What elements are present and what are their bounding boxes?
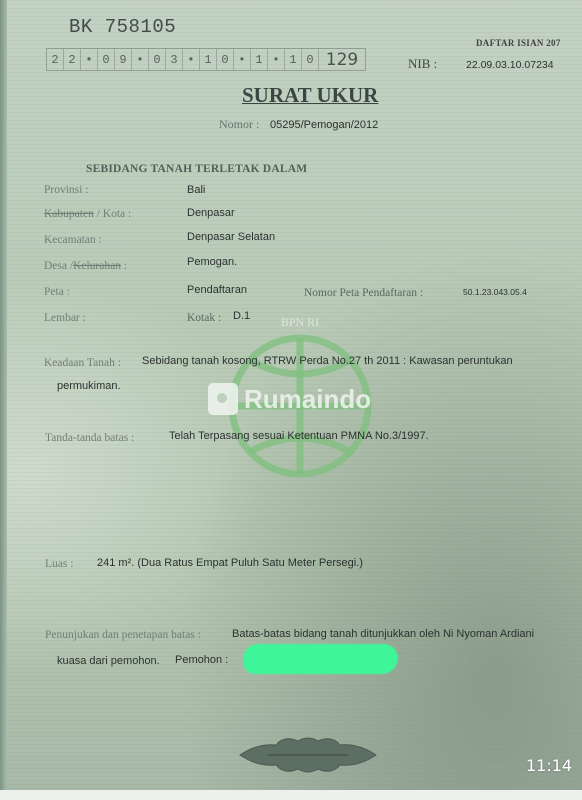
kota-value: Denpasar (187, 207, 235, 219)
id-box: • (132, 49, 149, 70)
status-bar-time: 11:14 (526, 756, 572, 775)
desa-colon: : (121, 260, 127, 272)
id-box: 2 (64, 49, 81, 70)
paper-edge (0, 0, 7, 790)
nomor-peta-label: Nomor Peta Pendaftaran : (304, 287, 423, 299)
luas-label: Luas : (45, 558, 73, 570)
penunjukan-label: Penunjukan dan penetapan batas : (45, 629, 201, 641)
nib-label: NIB : (408, 56, 437, 72)
nomor-label: Nomor : (219, 117, 259, 132)
rumaindo-brand-text: Rumaindo (244, 384, 371, 415)
luas-value: 241 m². (Dua Ratus Empat Puluh Satu Mete… (97, 557, 363, 569)
id-box: 0 (217, 49, 234, 70)
id-box: 0 (302, 49, 319, 70)
penunjukan-line2: kuasa dari pemohon. (57, 655, 160, 667)
id-box: 2 (47, 49, 64, 70)
id-box: 3 (166, 49, 183, 70)
garuda-emblem-icon (238, 733, 378, 777)
bottom-strip (0, 790, 582, 800)
desa-text: Desa / (44, 260, 73, 272)
blanko-serial: BK 758105 (69, 16, 176, 38)
id-box: 1 (285, 49, 302, 70)
kotak-label: Kotak : (187, 312, 221, 324)
section-heading: SEBIDANG TANAH TERLETAK DALAM (86, 163, 307, 175)
peta-label: Peta : (44, 286, 70, 298)
id-box: • (234, 49, 251, 70)
nomor-peta-value: 50.1.23.043.05.4 (463, 287, 527, 297)
kecamatan-label: Kecamatan : (44, 234, 102, 246)
tanda-batas-value: Telah Terpasang sesuai Ketentuan PMNA No… (169, 430, 429, 442)
keadaan-tanah-label: Keadaan Tanah : (44, 357, 121, 369)
desa-label: Desa /Kelurahan : (44, 260, 127, 272)
keadaan-tanah-line2: permukiman. (57, 380, 121, 392)
penunjukan-line1: Batas-batas bidang tanah ditunjukkan ole… (232, 628, 534, 640)
kotak-value: D.1 (233, 310, 250, 322)
id-box: • (183, 49, 200, 70)
provinsi-label: Provinsi : (44, 184, 88, 196)
id-box: • (268, 49, 285, 70)
id-handwritten-tail: 129 (319, 49, 365, 70)
id-box: 1 (251, 49, 268, 70)
nib-value: 22.09.03.10.07234 (466, 59, 554, 71)
tanda-batas-label: Tanda-tanda batas : (45, 432, 134, 444)
rumaindo-logo-icon (208, 383, 238, 415)
rumaindo-watermark: Rumaindo (208, 383, 371, 415)
id-box: 9 (115, 49, 132, 70)
id-box: • (81, 49, 98, 70)
redaction-mark (243, 644, 398, 674)
id-box: 0 (149, 49, 166, 70)
kota-label: Kabupaten / Kota : (44, 208, 131, 220)
svg-text:BPN RI: BPN RI (281, 318, 319, 329)
id-box: 1 (200, 49, 217, 70)
kota-text: / Kota : (94, 208, 131, 220)
page-title: SURAT UKUR (242, 83, 378, 108)
keadaan-tanah-line1: Sebidang tanah kosong, RTRW Perda No.27 … (142, 355, 513, 367)
daftar-isian-label: DAFTAR ISIAN 207 (476, 38, 561, 48)
peta-value: Pendaftaran (187, 284, 247, 296)
id-box: 0 (98, 49, 115, 70)
kabupaten-struck: Kabupaten (44, 208, 94, 220)
lembar-label: Lembar : (44, 312, 86, 324)
kecamatan-value: Denpasar Selatan (187, 231, 275, 243)
desa-value: Pemogan. (187, 256, 237, 268)
id-number-boxes: 2 2 • 0 9 • 0 3 • 1 0 • 1 • 1 0 129 (46, 48, 366, 71)
pemohon-label: Pemohon : (175, 654, 228, 666)
provinsi-value: Bali (187, 184, 205, 196)
kelurahan-struck: Kelurahan (73, 260, 121, 272)
nomor-value: 05295/Pemogan/2012 (270, 119, 378, 131)
